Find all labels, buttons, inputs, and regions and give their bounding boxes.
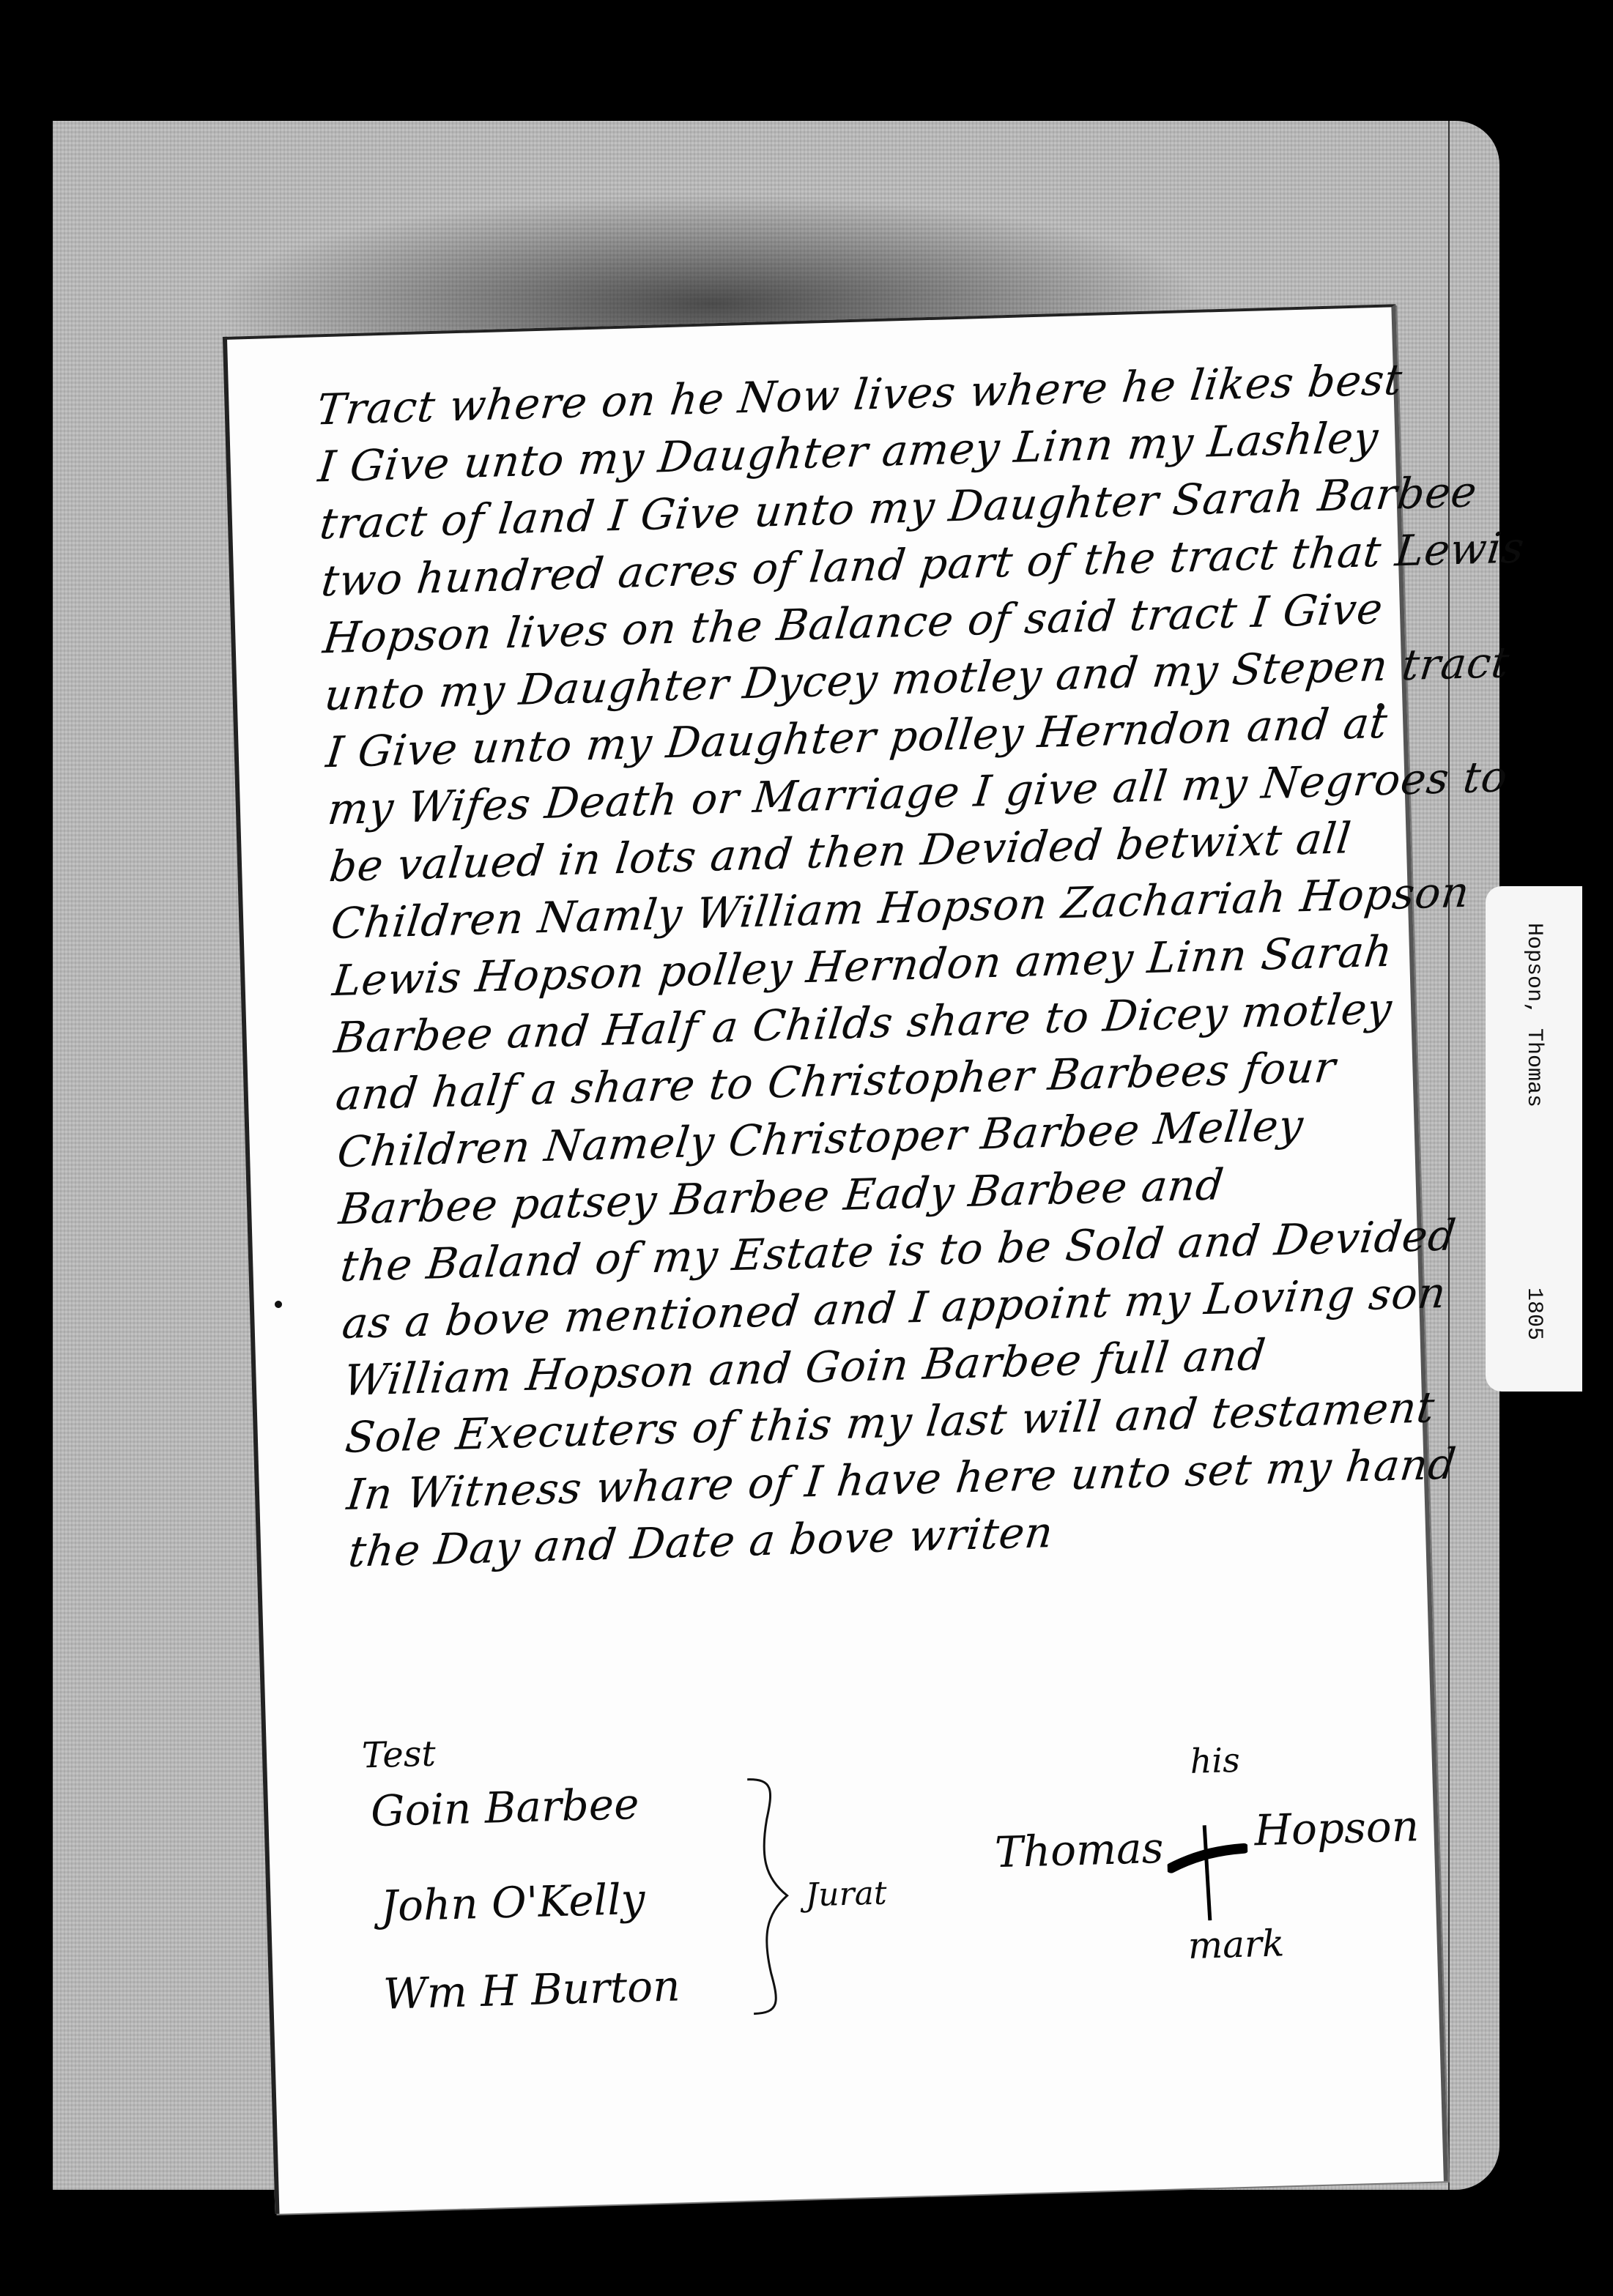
will-text: Tract where on he Now lives where he lik…: [316, 352, 1397, 1580]
cross-mark-icon: [1166, 1821, 1250, 1925]
testator-first-name: Thomas: [994, 1823, 1164, 1877]
witness-signature: Goin Barbee: [370, 1779, 639, 1836]
witness-signature: Wm H Burton: [382, 1961, 681, 2018]
folder-crease: [1448, 121, 1450, 2190]
his-label: his: [1190, 1740, 1240, 1781]
folder-tab-name: Hopson, Thomas: [1521, 923, 1546, 1107]
manuscript-page: Tract where on he Now lives where he lik…: [223, 304, 1448, 2214]
ink-dot: [275, 1301, 282, 1308]
ink-dot: [1377, 703, 1384, 710]
testator-last-name: Hopson: [1253, 1801, 1419, 1855]
brace-icon: [744, 1775, 794, 2018]
folder-tab: Hopson, Thomas 1805: [1486, 886, 1582, 1392]
folder-tab-label: Hopson, Thomas 1805: [1486, 886, 1582, 1392]
signature-block: Test Goin Barbee John O'Kelly Wm H Burto…: [361, 1706, 1418, 2101]
attestation-label: Test: [361, 1734, 436, 1777]
witness-signature: John O'Kelly: [380, 1874, 646, 1931]
jurat-label: Jurat: [805, 1874, 887, 1914]
folder-tab-year: 1805: [1521, 1288, 1546, 1340]
mark-label: mark: [1187, 1922, 1285, 1967]
